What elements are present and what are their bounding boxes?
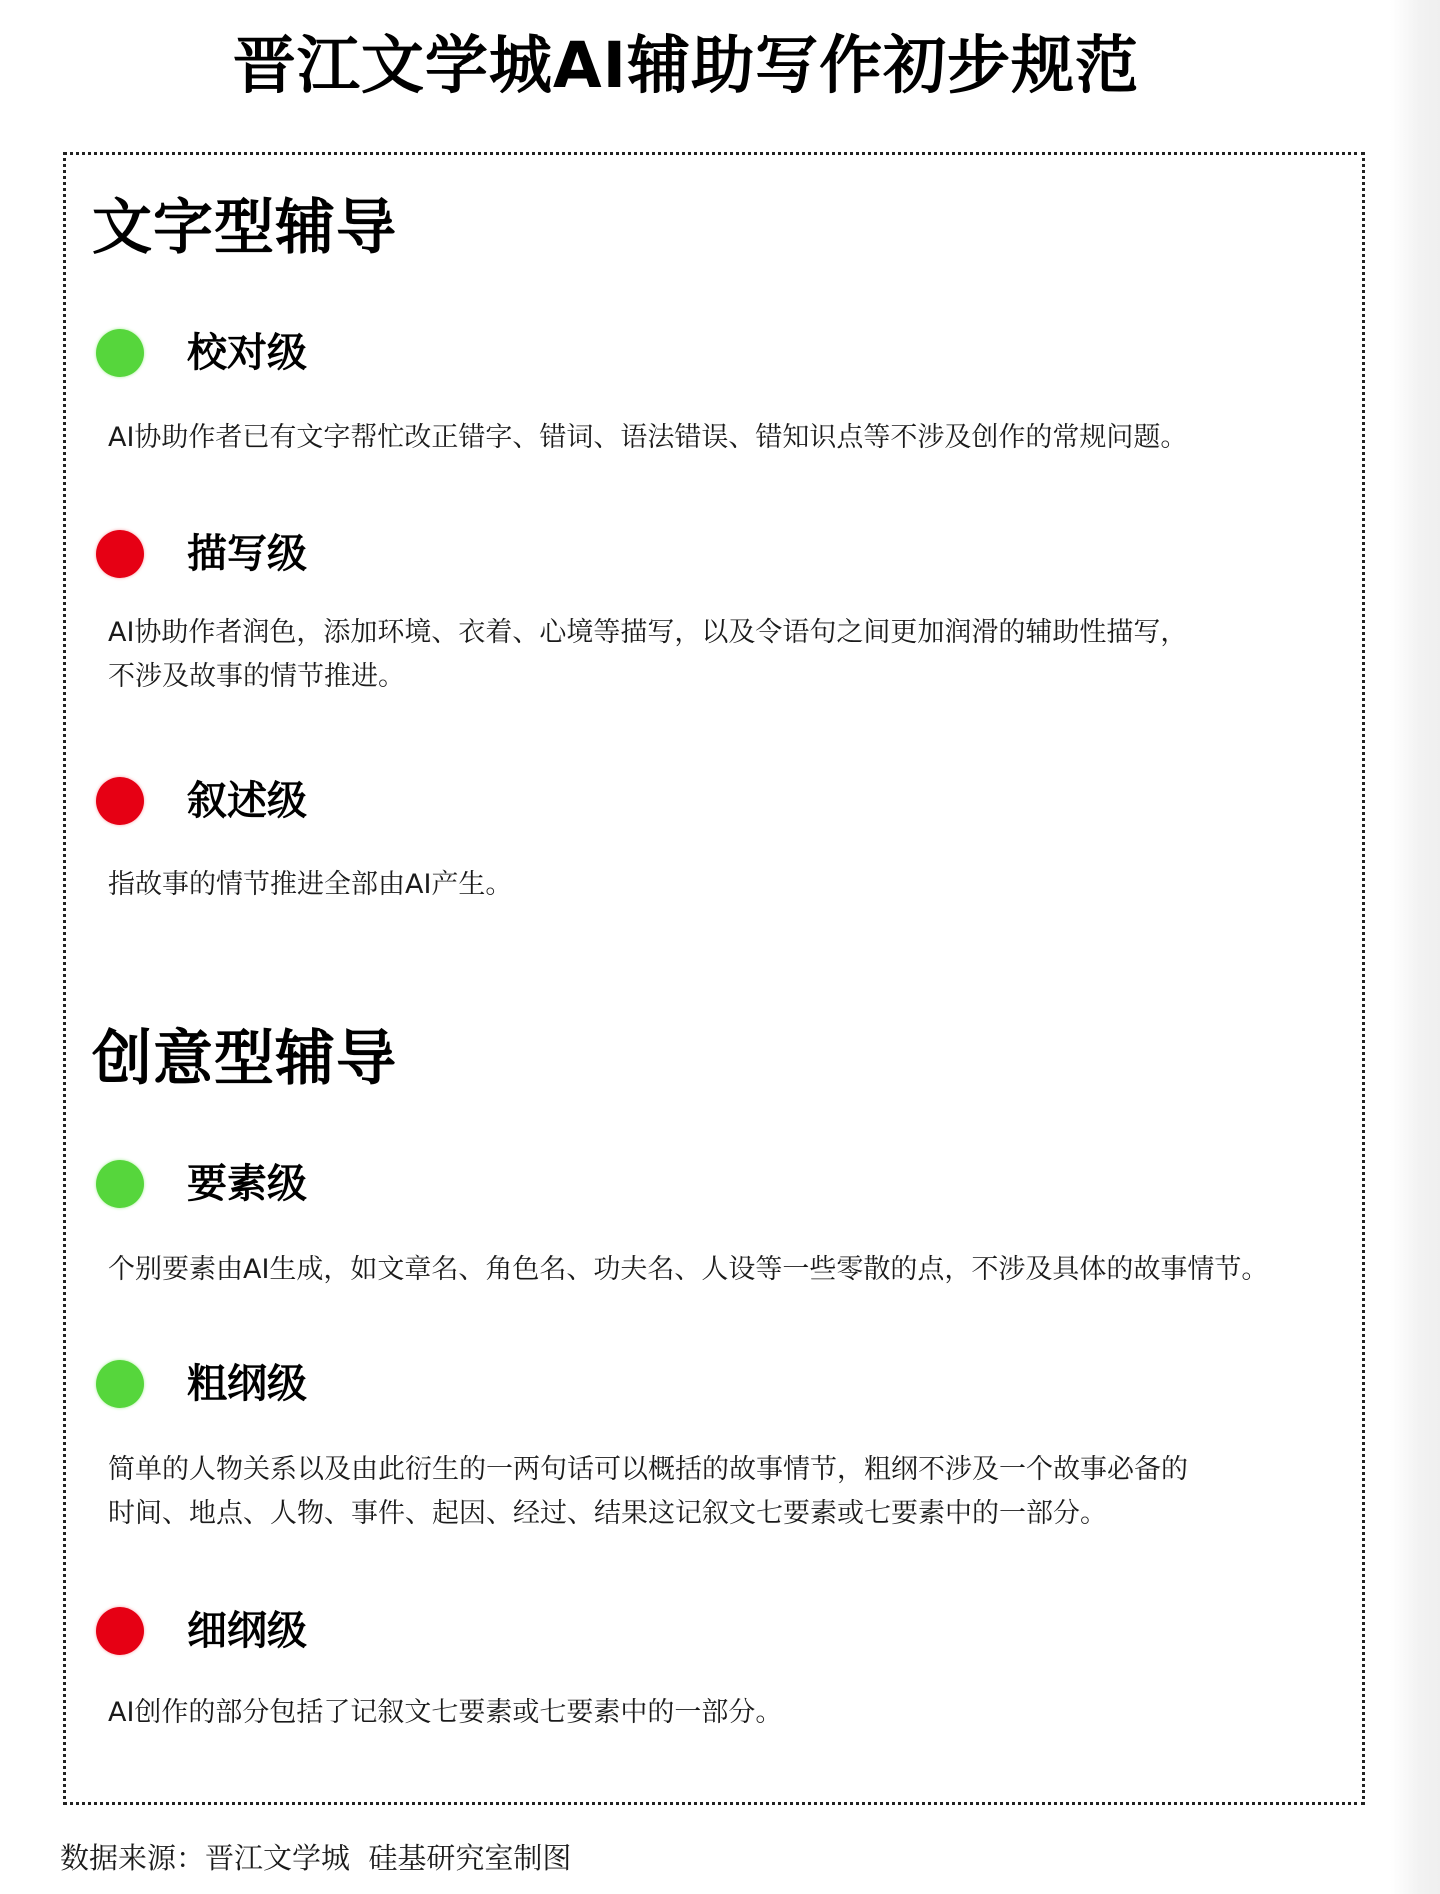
item-description: AI协助作者润色，添加环境、衣着、心境等描写，以及令语句之间更加润滑的辅助性描写… bbox=[108, 611, 1348, 699]
item-rough-outline-level: 粗纲级 bbox=[96, 1359, 307, 1409]
description-line: 简单的人物关系以及由此衍生的一两句话可以概括的故事情节，粗纲不涉及一个故事必备的 bbox=[108, 1448, 1348, 1492]
item-description-level: 描写级 bbox=[96, 529, 307, 579]
item-description: 个别要素由AI生成，如文章名、角色名、功夫名、人设等一些零散的点，不涉及具体的故… bbox=[108, 1248, 1348, 1292]
description-line: AI创作的部分包括了记叙文七要素或七要素中的一部分。 bbox=[108, 1691, 1348, 1735]
item-narration-level: 叙述级 bbox=[96, 776, 307, 826]
item-detailed-outline-level: 细纲级 bbox=[96, 1606, 307, 1656]
item-description: AI创作的部分包括了记叙文七要素或七要素中的一部分。 bbox=[108, 1691, 1348, 1735]
description-line: AI协助作者润色，添加环境、衣着、心境等描写，以及令语句之间更加润滑的辅助性描写… bbox=[108, 611, 1348, 655]
section-heading-creative-guidance: 创意型辅导 bbox=[92, 1024, 397, 1094]
content-frame bbox=[63, 152, 1365, 1805]
item-description: AI协助作者已有文字帮忙改正错字、错词、语法错误、错知识点等不涉及创作的常规问题… bbox=[108, 416, 1348, 460]
status-dot-green-icon bbox=[96, 329, 144, 377]
item-proofreading: 校对级 bbox=[96, 328, 307, 378]
status-dot-red-icon bbox=[96, 530, 144, 578]
description-line: 指故事的情节推进全部由AI产生。 bbox=[108, 863, 1348, 907]
description-line: 不涉及故事的情节推进。 bbox=[108, 655, 1348, 699]
item-label: 细纲级 bbox=[187, 1606, 307, 1656]
section-heading-text-guidance: 文字型辅导 bbox=[92, 193, 397, 263]
item-label: 要素级 bbox=[187, 1159, 307, 1209]
right-edge-shade bbox=[1390, 0, 1440, 1894]
item-label: 校对级 bbox=[187, 328, 307, 378]
description-line: AI协助作者已有文字帮忙改正错字、错词、语法错误、错知识点等不涉及创作的常规问题… bbox=[108, 416, 1348, 460]
page-title: 晋江文学城AI辅助写作初步规范 bbox=[0, 28, 1372, 104]
status-dot-red-icon bbox=[96, 1607, 144, 1655]
status-dot-green-icon bbox=[96, 1360, 144, 1408]
description-line: 个别要素由AI生成，如文章名、角色名、功夫名、人设等一些零散的点，不涉及具体的故… bbox=[108, 1248, 1348, 1292]
item-description: 简单的人物关系以及由此衍生的一两句话可以概括的故事情节，粗纲不涉及一个故事必备的… bbox=[108, 1448, 1348, 1536]
item-element-level: 要素级 bbox=[96, 1159, 307, 1209]
item-label: 叙述级 bbox=[187, 776, 307, 826]
item-description: 指故事的情节推进全部由AI产生。 bbox=[108, 863, 1348, 907]
item-label: 描写级 bbox=[187, 529, 307, 579]
status-dot-red-icon bbox=[96, 777, 144, 825]
item-label: 粗纲级 bbox=[187, 1359, 307, 1409]
status-dot-green-icon bbox=[96, 1160, 144, 1208]
description-line: 时间、地点、人物、事件、起因、经过、结果这记叙文七要素或七要素中的一部分。 bbox=[108, 1492, 1348, 1536]
source-footer: 数据来源：晋江文学城 硅基研究室制图 bbox=[60, 1838, 571, 1878]
